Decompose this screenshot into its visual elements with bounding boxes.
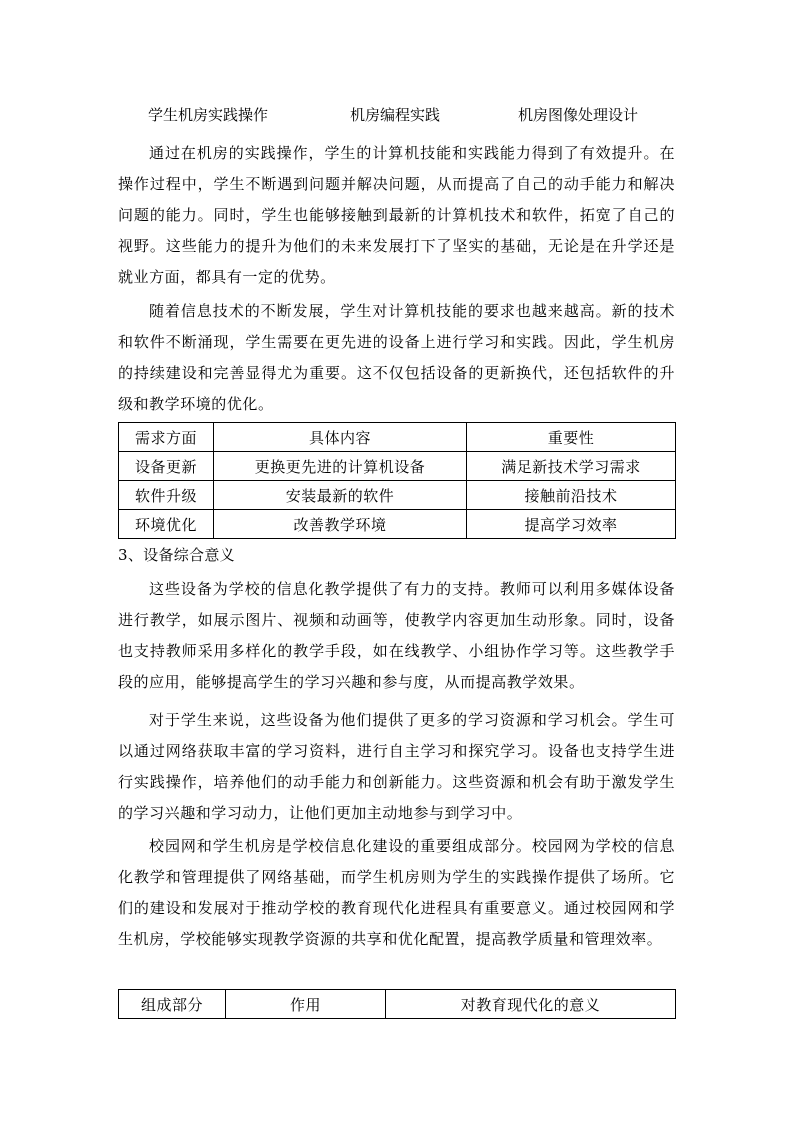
- table-cell: 环境优化: [119, 510, 214, 539]
- table-cell: 接触前沿技术: [467, 481, 676, 510]
- table-row: 软件升级 安装最新的软件 接触前沿技术: [119, 481, 676, 510]
- paragraph-skills-improvement: 通过在机房的实践操作，学生的计算机技能和实践能力得到了有效提升。在操作过程中，学…: [118, 138, 675, 293]
- paragraph-teaching-support: 这些设备为学校的信息化教学提供了有力的支持。教师可以利用多媒体设备进行教学，如展…: [118, 574, 675, 698]
- paragraph-student-resources: 对于学生来说，这些设备为他们提供了更多的学习资源和学习机会。学生可以通过网络获取…: [118, 705, 675, 829]
- table-row: 环境优化 改善教学环境 提高学习效率: [119, 510, 676, 539]
- table-cell: 满足新技术学习需求: [467, 452, 676, 481]
- section-heading: 3、设备综合意义: [118, 540, 675, 571]
- header-cell-component: 组成部分: [119, 990, 226, 1019]
- caption-computer-lab-practice: 学生机房实践操作: [148, 104, 268, 125]
- caption-image-processing-design: 机房图像处理设计: [518, 104, 638, 125]
- header-cell-role: 作用: [226, 990, 386, 1019]
- table-header-row: 需求方面 具体内容 重要性: [119, 423, 676, 452]
- image-captions-row: 学生机房实践操作 机房编程实践 机房图像处理设计: [118, 104, 675, 126]
- paragraph-lab-development: 随着信息技术的不断发展，学生对计算机技能的要求也越来越高。新的技术和软件不断涌现…: [118, 296, 675, 420]
- requirements-table: 需求方面 具体内容 重要性 设备更新 更换更先进的计算机设备 满足新技术学习需求…: [118, 422, 676, 539]
- document-page: 学生机房实践操作 机房编程实践 机房图像处理设计 通过在机房的实践操作，学生的计…: [0, 0, 793, 1122]
- table-cell: 改善教学环境: [214, 510, 467, 539]
- table-header-row: 组成部分 作用 对教育现代化的意义: [119, 990, 676, 1019]
- header-cell-aspect: 需求方面: [119, 423, 214, 452]
- table-cell: 设备更新: [119, 452, 214, 481]
- table-cell: 提高学习效率: [467, 510, 676, 539]
- header-cell-importance: 重要性: [467, 423, 676, 452]
- table-cell: 安装最新的软件: [214, 481, 467, 510]
- header-cell-significance: 对教育现代化的意义: [386, 990, 676, 1019]
- table-row: 设备更新 更换更先进的计算机设备 满足新技术学习需求: [119, 452, 676, 481]
- table-cell: 更换更先进的计算机设备: [214, 452, 467, 481]
- header-cell-content: 具体内容: [214, 423, 467, 452]
- caption-programming-practice: 机房编程实践: [350, 104, 440, 125]
- paragraph-campus-network: 校园网和学生机房是学校信息化建设的重要组成部分。校园网为学校的信息化教学和管理提…: [118, 831, 675, 955]
- components-table: 组成部分 作用 对教育现代化的意义: [118, 989, 676, 1019]
- table-cell: 软件升级: [119, 481, 214, 510]
